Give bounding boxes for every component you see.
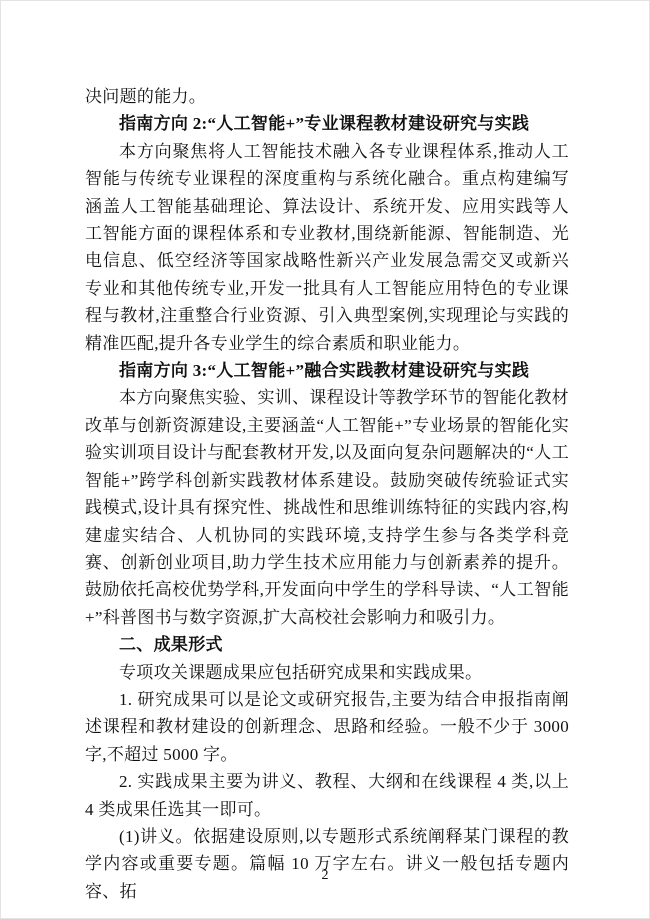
section-heading-direction-3: 指南方向 3:“人工智能+”融合实践教材建设研究与实践 [85, 357, 569, 384]
paragraph-results-intro: 专项攻关课题成果应包括研究成果和实践成果。 [85, 659, 569, 686]
paragraph-direction-2-body: 本方向聚焦将人工智能技术融入各专业课程体系,推动人工智能与传统专业课程的深度重构… [85, 138, 569, 357]
page-number: 2 [322, 868, 329, 883]
paragraph-direction-3-body: 本方向聚焦实验、实训、课程设计等教学环节的智能化教材改革与创新资源建设,主要涵盖… [85, 384, 569, 631]
document-text-block: 决问题的能力。 指南方向 2:“人工智能+”专业课程教材建设研究与实践 本方向聚… [85, 83, 569, 905]
paragraph-lecture-notes: (1)讲义。依据建设原则,以专题形式系统阐释某门课程的教学内容或重要专题。篇幅 … [85, 823, 569, 905]
page-footer: 2 [0, 867, 650, 885]
paragraph-practice-results: 2. 实践成果主要为讲义、教程、大纲和在线课程 4 类,以上 4 类成果任选其一… [85, 768, 569, 823]
document-page: 决问题的能力。 指南方向 2:“人工智能+”专业课程教材建设研究与实践 本方向聚… [0, 0, 650, 919]
section-heading-results-format: 二、成果形式 [85, 631, 569, 658]
section-heading-direction-2: 指南方向 2:“人工智能+”专业课程教材建设研究与实践 [85, 110, 569, 137]
paragraph-research-results: 1. 研究成果可以是论文或研究报告,主要为结合申报指南阐述课程和教材建设的创新理… [85, 686, 569, 768]
paragraph-continuation: 决问题的能力。 [85, 83, 569, 110]
